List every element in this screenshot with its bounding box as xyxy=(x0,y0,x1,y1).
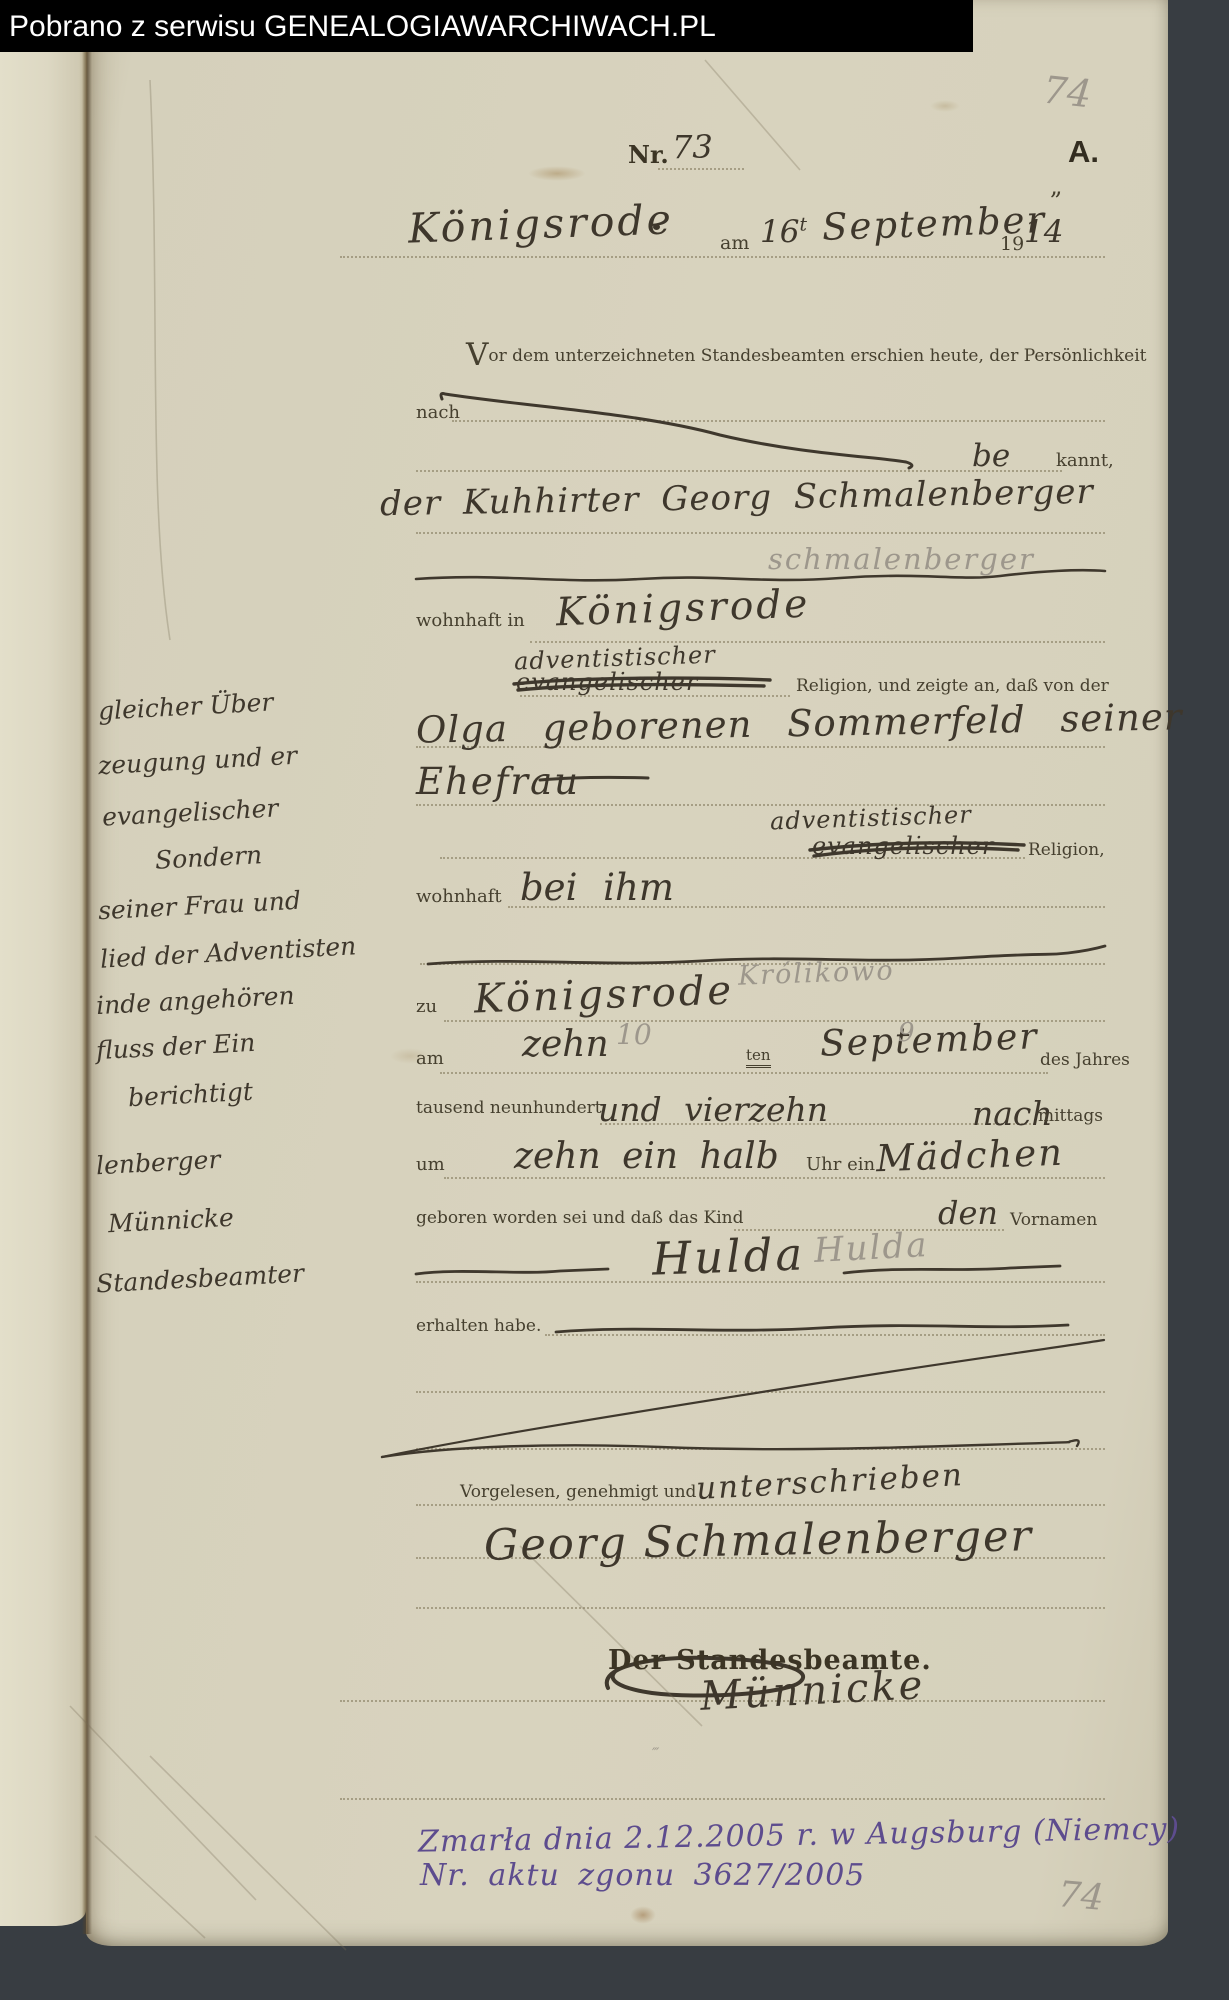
quote-mark: „ xyxy=(1050,172,1062,200)
child-sex-written: Mädchen xyxy=(875,1131,1064,1181)
dotted-rule xyxy=(416,1504,1105,1506)
birth-month: September xyxy=(819,1016,1039,1065)
pencil-surname: schmalenberger xyxy=(768,542,1035,576)
intro-line: Vor dem unterzeichneten Standesbeamten e… xyxy=(466,346,1147,366)
birth-day-written: zehn xyxy=(522,1024,609,1065)
dotted-rule xyxy=(658,168,744,170)
facing-page-edge xyxy=(0,0,86,1926)
geboren-label: geboren worden sei und daß das Kind xyxy=(416,1208,744,1228)
vorgelesen-label: Vorgelesen, genehmigt und xyxy=(460,1482,696,1502)
des-jahres-label: des Jahres xyxy=(1040,1050,1130,1070)
tausend-label: tausend neunhundert xyxy=(416,1098,602,1118)
am-label-2: am xyxy=(416,1048,444,1069)
death-annotation-line2: Nr. aktu zgonu 3627/2005 xyxy=(420,1858,865,1893)
dotted-rule xyxy=(340,256,1105,258)
day-suffix: t xyxy=(799,215,806,236)
religion-label-2: Religion, xyxy=(1028,840,1105,860)
dotted-rule xyxy=(416,470,1062,472)
margin-note-line: Sondern xyxy=(154,840,263,875)
wohnhaft-label: wohnhaft xyxy=(416,886,502,907)
den-written: den xyxy=(938,1194,998,1232)
dotted-rule xyxy=(545,1334,1105,1336)
kannt-label: kannt, xyxy=(1056,450,1114,471)
time-written: zehn ein halb xyxy=(514,1136,779,1177)
dotted-rule xyxy=(444,1177,1105,1179)
intro-initial: V xyxy=(466,337,488,373)
book-gutter xyxy=(82,0,92,1934)
wohnhaft-in-label: wohnhaft in xyxy=(416,610,525,631)
dateline-city: Königsrode xyxy=(407,195,674,252)
wohnhaft-value: bei ihm xyxy=(520,866,674,909)
section-letter: A. xyxy=(1068,134,1099,170)
declarant-residence: Königsrode xyxy=(555,582,811,636)
pencil-day: 10 xyxy=(616,1018,652,1051)
zu-label: zu xyxy=(416,996,437,1017)
mittags-label: mittags xyxy=(1038,1106,1103,1126)
watermark-banner: Pobrano z serwisu GENEALOGIAWARCHIWACH.P… xyxy=(0,0,973,52)
dotted-rule xyxy=(416,804,1105,806)
dotted-rule xyxy=(340,1798,1105,1800)
ten-label: ten xyxy=(746,1046,771,1064)
pencil-month: 9 xyxy=(898,1018,915,1048)
child-name: Hulda xyxy=(651,1227,806,1285)
birthplace: Königsrode xyxy=(473,967,735,1022)
registrar-check-mark: ‴ xyxy=(652,1746,659,1762)
document-scan: 74 A. „ Nr. 73 Königsrode am 16t Septemb… xyxy=(0,0,1229,2000)
dateline-day: 16t xyxy=(760,214,807,250)
page-number-bottom: 74 xyxy=(1056,1874,1105,1919)
pencil-child-name: Hulda xyxy=(813,1225,929,1271)
record-number-label: Nr. xyxy=(628,140,669,169)
mother-line2: Ehefrau xyxy=(416,760,580,803)
intro-rest: or dem unterzeichneten Standesbeamten er… xyxy=(488,346,1146,366)
vornamen-label: Vornamen xyxy=(1010,1210,1097,1230)
religion-struck-2: evangelischer xyxy=(812,832,994,860)
declarant-signature: Georg Schmalenberger xyxy=(484,1511,1034,1571)
page-number-top: 74 xyxy=(1041,68,1094,117)
dateline-year-handwritten: 14 xyxy=(1024,214,1063,250)
record-number-value: 73 xyxy=(672,128,713,166)
dotted-rule xyxy=(452,420,1105,422)
nach-label: nach xyxy=(416,402,460,423)
dotted-rule xyxy=(416,1448,1105,1450)
dateline-am-label: am xyxy=(720,232,749,254)
religion-struck-1: evangelischer xyxy=(516,668,698,696)
dotted-rule xyxy=(416,1607,1105,1609)
dotted-rule xyxy=(440,1072,1048,1074)
dotted-rule xyxy=(530,641,1105,643)
watermark-text: Pobrano z serwisu GENEALOGIAWARCHIWACH.P… xyxy=(9,10,716,43)
um-label: um xyxy=(416,1154,445,1175)
be-handwritten: be xyxy=(972,438,1010,474)
dotted-rule xyxy=(416,1391,1105,1393)
dotted-rule xyxy=(416,532,1105,534)
ink-dot xyxy=(653,224,660,230)
uhr-ein-label: Uhr ein xyxy=(806,1154,875,1175)
religion-label-1: Religion, und zeigte an, daß von der xyxy=(796,676,1109,696)
pencil-birthplace: Królikowo xyxy=(738,955,896,991)
erhalten-label: erhalten habe. xyxy=(416,1316,541,1336)
dateline-year-printed: 19 xyxy=(1000,233,1024,255)
birth-year-written: und vierzehn xyxy=(598,1090,828,1129)
